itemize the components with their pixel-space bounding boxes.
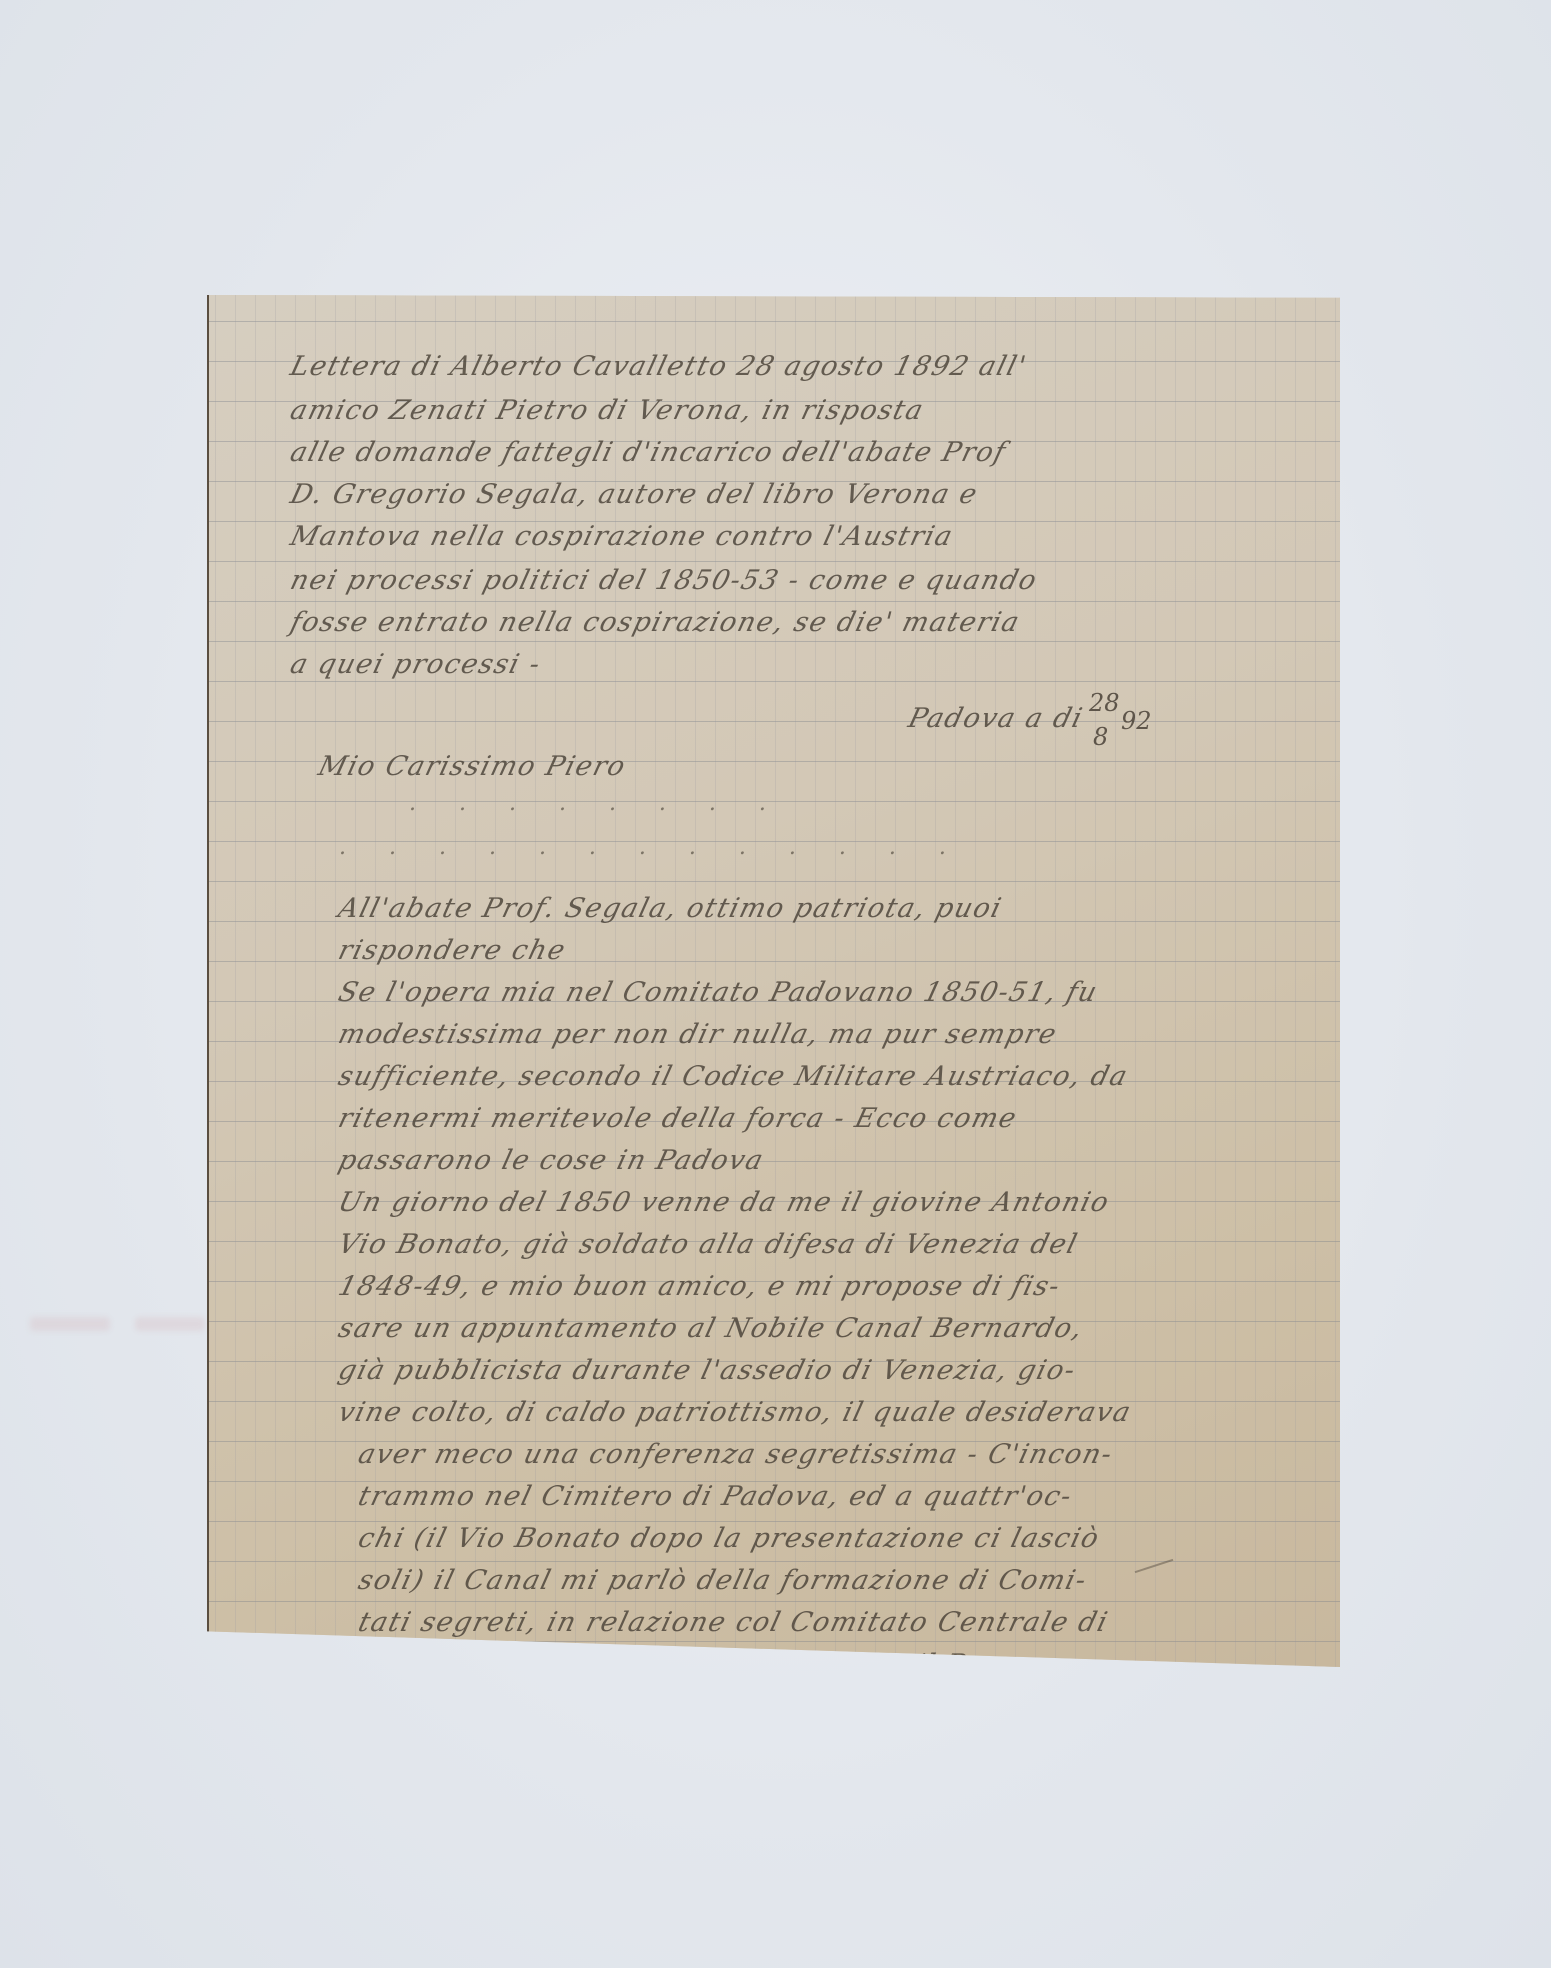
body-line: tati segreti, in relazione col Comitato … <box>356 1609 1112 1636</box>
body-line: modestissima per non dir nulla, ma pur s… <box>336 1021 1060 1048</box>
body-line: rispondere che <box>336 937 569 964</box>
body-line: Se l'opera mia nel Comitato Padovano 185… <box>336 979 1101 1006</box>
heading-line: Lettera di Alberto Cavalletto 28 agosto … <box>288 353 1030 380</box>
body-line: trammo nel Cimitero di Padova, ed a quat… <box>356 1483 1076 1510</box>
body-line: vine colto, di caldo patriottismo, il qu… <box>336 1399 1135 1426</box>
body-line: soli) il Canal mi parlò della formazione… <box>356 1567 1091 1594</box>
body-line: chi (il Vio Bonato dopo la presentazione… <box>356 1525 1103 1552</box>
date-day: 28 <box>1089 689 1120 717</box>
background-smudge <box>135 1317 205 1331</box>
body-line: passarono le cose in Padova <box>336 1147 767 1174</box>
body-line: sufficiente, secondo il Codice Militare … <box>336 1063 1131 1090</box>
heading-line: nei processi politici del 1850-53 - come… <box>288 567 1041 594</box>
letter-text: Lettera di Alberto Cavalletto 28 agosto … <box>209 295 1340 1667</box>
letter-sheet: Lettera di Alberto Cavalletto 28 agosto … <box>207 295 1340 1667</box>
body-line: All'abate Prof. Segala, ottimo patriota,… <box>336 895 1005 922</box>
body-line: ritenermi meritevole della forca - Ecco … <box>336 1105 1020 1132</box>
body-line: già pubblicista durante l'assedio di Ven… <box>336 1357 1079 1384</box>
ellipsis-line: . . . . . . . . <box>409 791 784 816</box>
background-smudge <box>30 1317 110 1331</box>
heading-line: alle domande fattegli d'incarico dell'ab… <box>288 439 1010 466</box>
date-month: 8 <box>1093 723 1108 751</box>
body-line: sare un appuntamento al Nobile Canal Ber… <box>336 1315 1087 1342</box>
place-text: Padova a di <box>906 705 1086 732</box>
heading-line: D. Gregorio Segala, autore del libro Ver… <box>288 481 981 508</box>
body-line: Un giorno del 1850 venne da me il giovin… <box>336 1189 1113 1216</box>
date-year: 92 <box>1121 707 1152 735</box>
ellipsis-line: . . . . . . . . . . . . . <box>339 835 964 860</box>
heading-line: a quei processi - <box>288 651 544 678</box>
body-line: Mantova, per predisporre e favorire il P… <box>356 1651 1036 1678</box>
body-line: 1848-49, e mio buon amico, e mi propose … <box>336 1273 1064 1300</box>
salutation: Mio Carissimo Piero <box>316 753 629 780</box>
heading-line: fosse entrato nella cospirazione, se die… <box>288 609 1023 636</box>
body-line: Vio Bonato, già soldato alla difesa di V… <box>336 1231 1081 1258</box>
heading-line: amico Zenati Pietro di Verona, in rispos… <box>288 397 927 424</box>
heading-line: Mantova nella cospirazione contro l'Aust… <box>288 523 957 550</box>
body-line: aver meco una conferenza segretissima - … <box>356 1441 1116 1468</box>
